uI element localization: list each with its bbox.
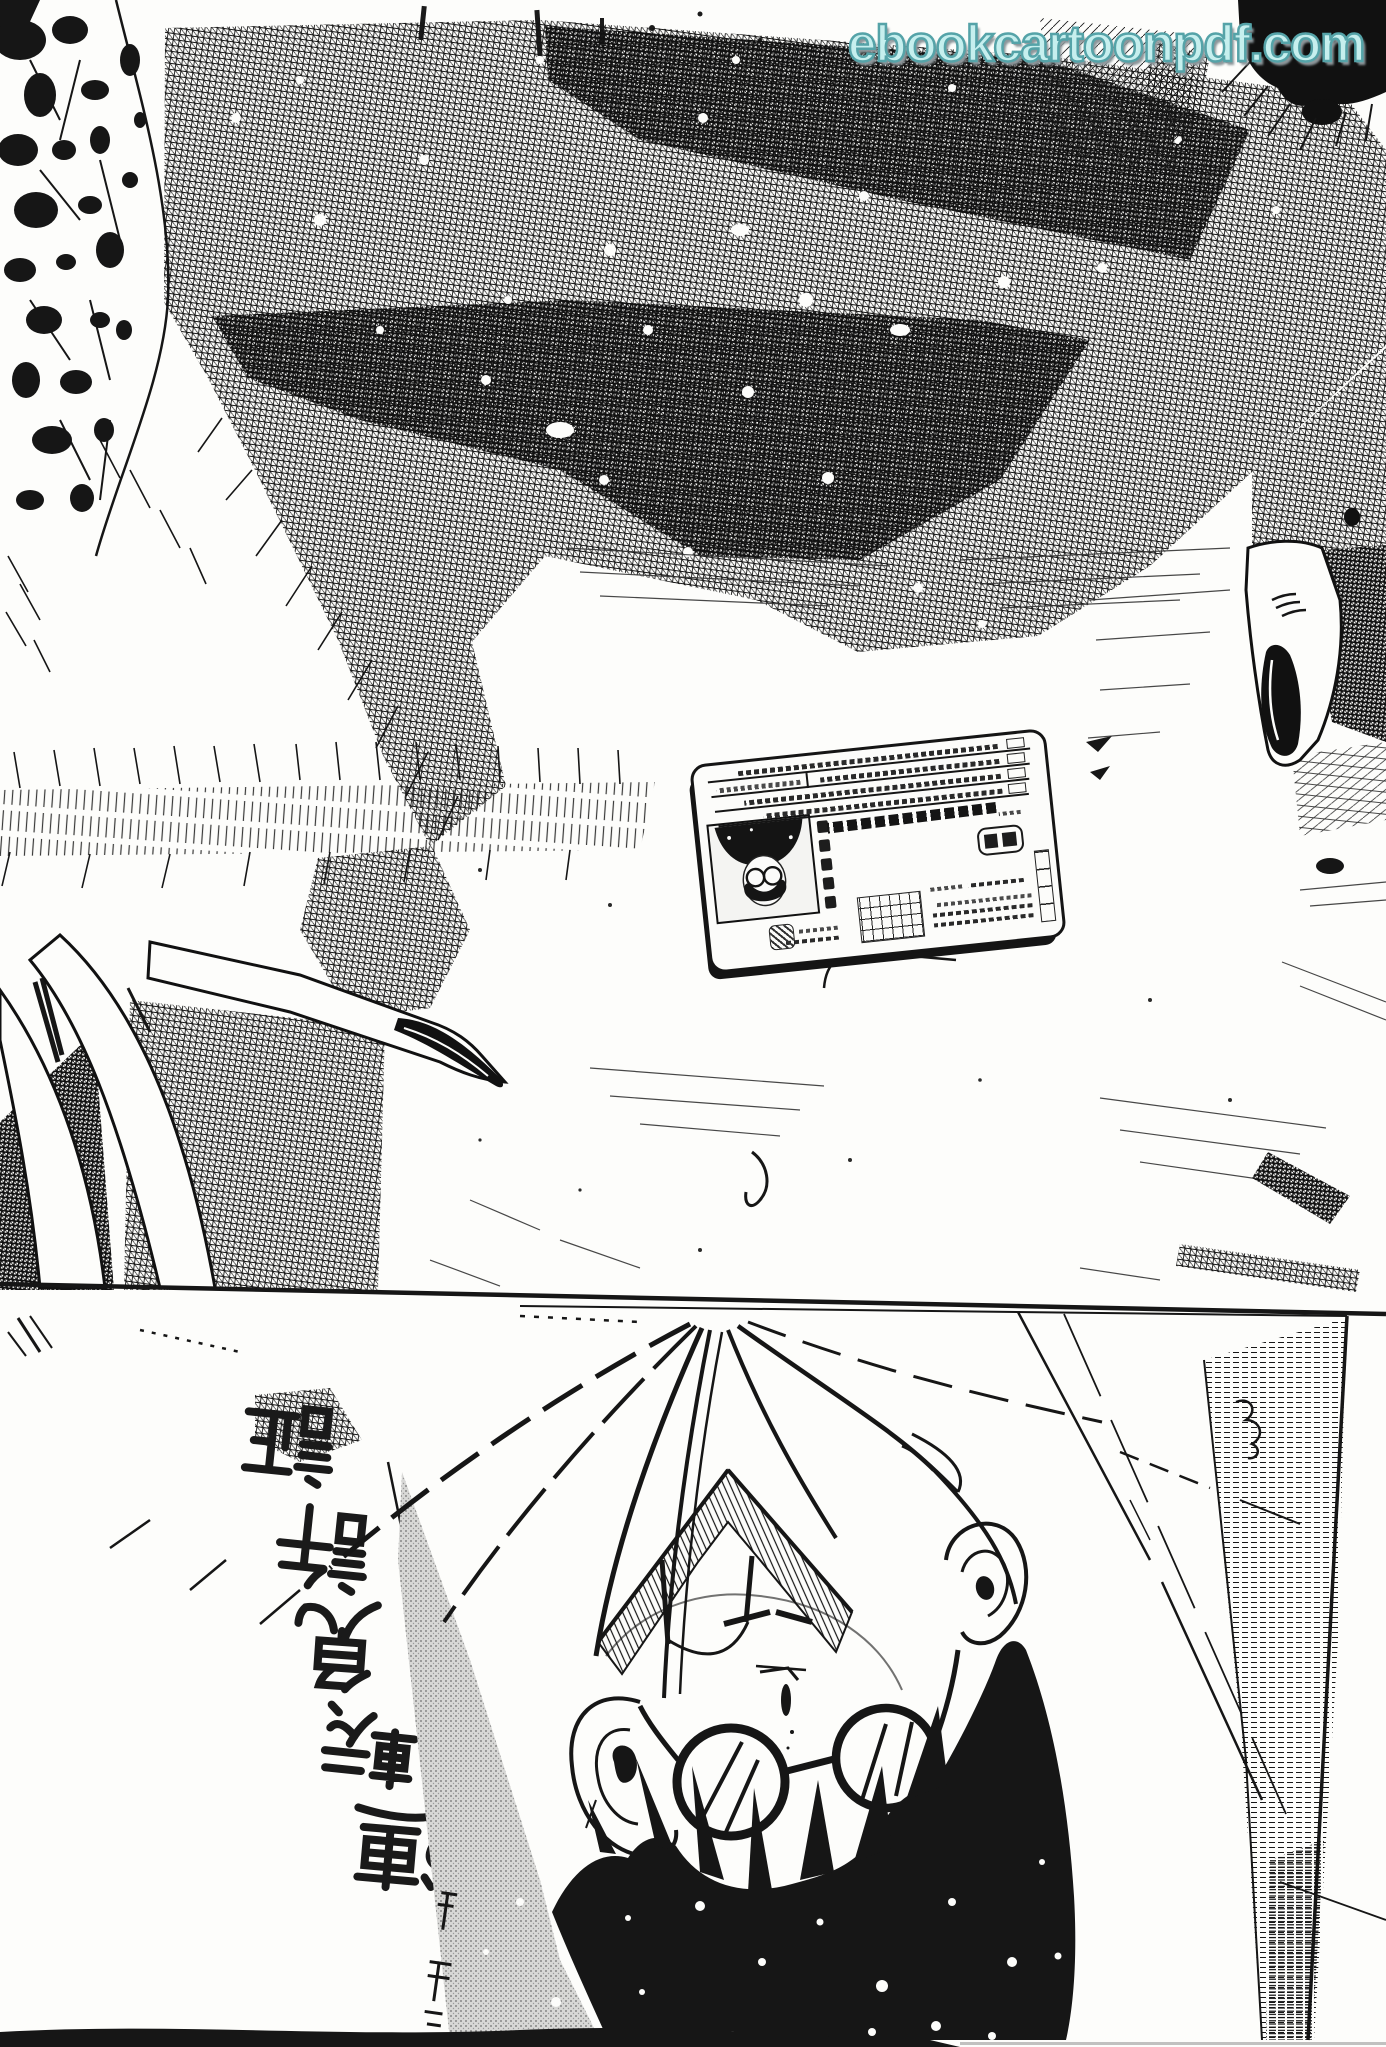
watermark: ebookcartoonpdf.com	[848, 14, 1365, 73]
card-text-row	[798, 926, 838, 934]
license-class-grid	[857, 891, 925, 943]
card-cell-divider	[805, 773, 809, 788]
card-text-row	[999, 810, 1021, 816]
license-card: 運転免許証	[689, 728, 1067, 974]
scan-edge-bottom	[0, 2028, 1386, 2047]
kimono-fabric	[0, 0, 168, 556]
card-id-photo	[706, 814, 820, 924]
card-id-photo-art	[709, 816, 818, 922]
floor-shadow-hatching	[164, 20, 1386, 846]
bottom-panel-art	[0, 1312, 1386, 2047]
manga-artwork	[0, 0, 1386, 2047]
card-side-column	[1034, 849, 1056, 922]
border-dash-marks	[8, 1316, 240, 1356]
glasses-bridge	[783, 1758, 838, 1772]
condition-pill	[976, 824, 1025, 857]
top-panel-art	[0, 0, 1386, 1292]
row-header-box	[1007, 767, 1026, 779]
manga-page: 運転免許証 eb	[0, 0, 1386, 2047]
glasses-temple-left	[640, 1706, 678, 1760]
right-ear	[946, 1524, 1026, 1644]
card-text-row	[968, 878, 1024, 888]
row-header-box	[1007, 752, 1026, 764]
row-header-box	[1008, 782, 1027, 794]
seal-stamp-box	[768, 923, 795, 950]
card-text-row	[928, 884, 962, 892]
row-header-box	[1006, 737, 1025, 749]
license-photo-face	[483, 1524, 1075, 2041]
